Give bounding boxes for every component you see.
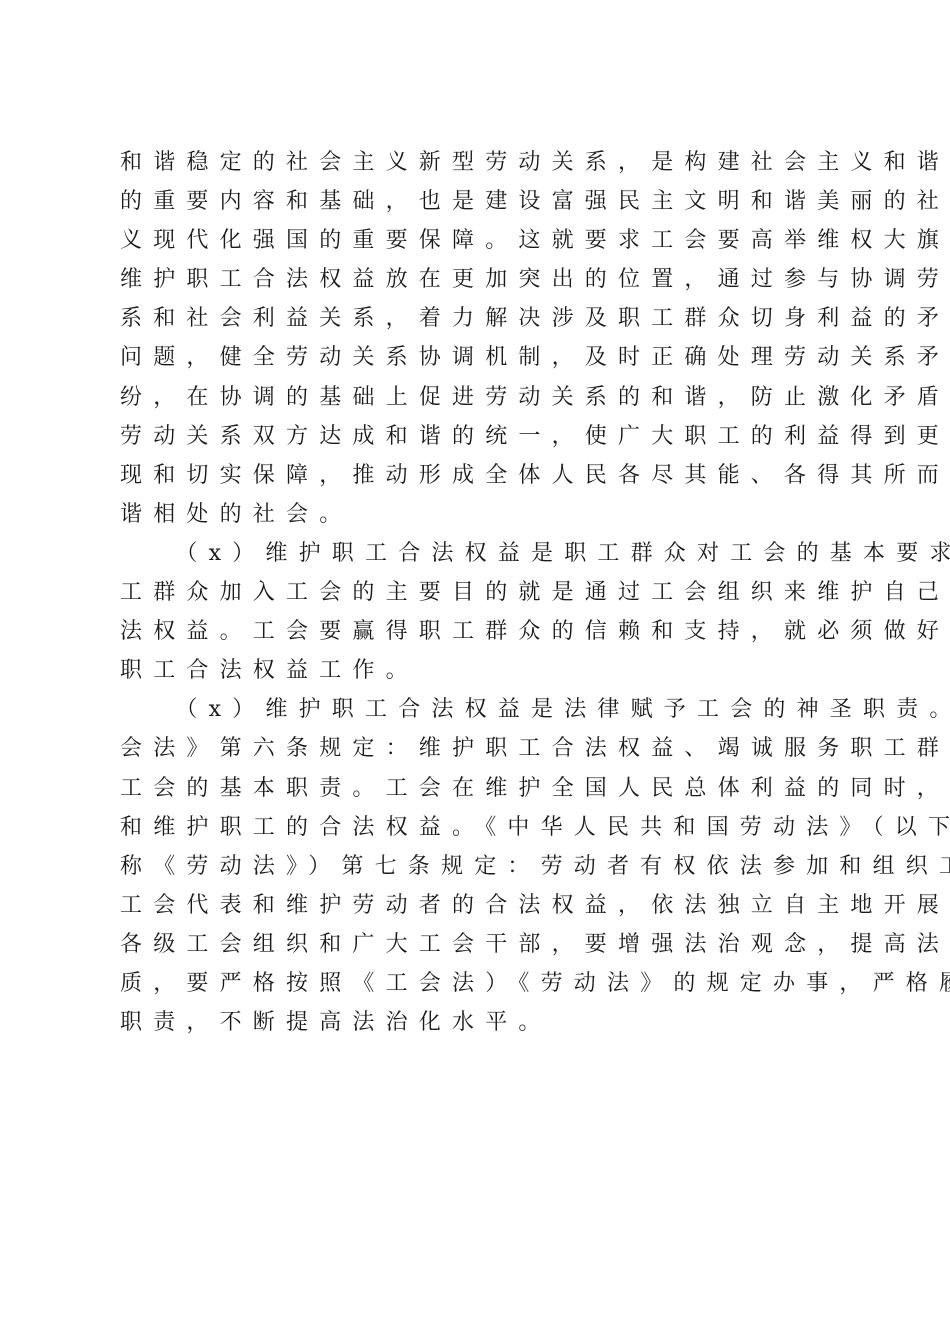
text-line: 会法》第六条规定：维护职工合法权益、竭诚服务职工群众是 (120, 729, 880, 768)
text-line: 称《劳动法》）第七条规定：劳动者有权依法参加和组织工会。 (120, 847, 880, 886)
text-line: 和维护职工的合法权益。《中华人民共和国劳动法》（以下简 (120, 808, 880, 847)
text-line: 劳动关系双方达成和谐的统一，使广大职工的利益得到更好实 (120, 417, 880, 456)
text-line: 职工合法权益工作。 (120, 651, 880, 690)
document-page: 和谐稳定的社会主义新型劳动关系，是构建社会主义和谐社会 的重要内容和基础，也是建… (0, 0, 950, 1344)
text-line: 的重要内容和基础，也是建设富强民主文明和谐美丽的社会主 (120, 182, 880, 221)
document-body: 和谐稳定的社会主义新型劳动关系，是构建社会主义和谐社会 的重要内容和基础，也是建… (120, 143, 880, 1042)
paragraph: （x）维护职工合法权益是职工群众对工会的基本要求。职 工群众加入工会的主要目的就… (120, 534, 880, 690)
text-line: 谐相处的社会。 (120, 495, 880, 534)
text-line: 纷，在协调的基础上促进劳动关系的和谐，防止激化矛盾，使 (120, 378, 880, 417)
text-line: 法权益。工会要赢得职工群众的信赖和支持，就必须做好维护 (120, 612, 880, 651)
paragraph: （x）维护职工合法权益是法律赋予工会的神圣职责。《工 会法》第六条规定：维护职工… (120, 690, 880, 1042)
text-line: 工会的基本职责。工会在维护全国人民总体利益的同时，代表 (120, 769, 880, 808)
text-line: 系和社会利益关系，着力解决涉及职工群众切身利益的矛盾和 (120, 299, 880, 338)
text-line: 工群众加入工会的主要目的就是通过工会组织来维护自己的合 (120, 573, 880, 612)
text-line: 问题，健全劳动关系协调机制，及时正确处理劳动关系矛盾纠 (120, 338, 880, 377)
text-line: 义现代化强国的重要保障。这就要求工会要高举维权大旗，把 (120, 221, 880, 260)
text-line: 各级工会组织和广大工会干部，要增强法治观念，提高法律素 (120, 925, 880, 964)
text-line: （x）维护职工合法权益是法律赋予工会的神圣职责。《工 (120, 690, 880, 729)
paragraph: 和谐稳定的社会主义新型劳动关系，是构建社会主义和谐社会 的重要内容和基础，也是建… (120, 143, 880, 534)
text-line: （x）维护职工合法权益是职工群众对工会的基本要求。职 (120, 534, 880, 573)
text-line: 和谐稳定的社会主义新型劳动关系，是构建社会主义和谐社会 (120, 143, 880, 182)
text-line: 维护职工合法权益放在更加突出的位置，通过参与协调劳动关 (120, 260, 880, 299)
text-line: 现和切实保障，推动形成全体人民各尽其能、各得其所而又和 (120, 456, 880, 495)
text-line: 质，要严格按照《工会法）《劳动法》的规定办事，严格履行 (120, 964, 880, 1003)
text-line: 工会代表和维护劳动者的合法权益，依法独立自主地开展活动。 (120, 886, 880, 925)
text-line: 职责，不断提高法治化水平。 (120, 1003, 880, 1042)
